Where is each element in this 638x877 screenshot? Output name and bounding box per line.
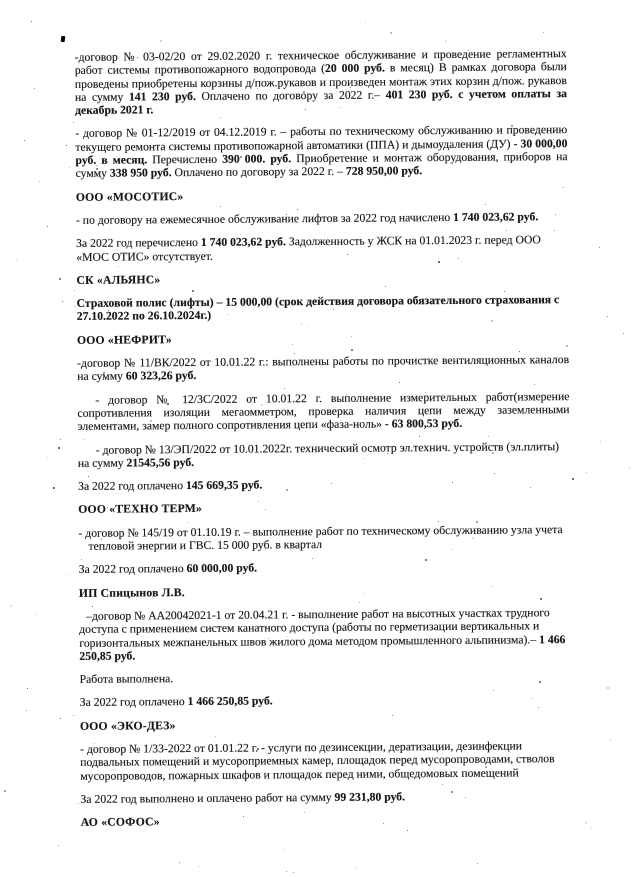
text-run: –договор № АА20042021-1 от 20.04.21 г. -…	[79, 606, 550, 649]
heading-eko-dez: ООО «ЭКО-ДЕЗ»	[80, 716, 572, 733]
para-ip-contract-aa20042021: –договор № АА20042021-1 от 20.04.21 г. -…	[79, 606, 571, 663]
text-run: 1 740 023,62 руб.	[453, 210, 538, 224]
text-run: ООО «ЭКО-ДЕЗ»	[80, 719, 176, 733]
para-contract-03-02-20: -договор № 03-02/20 от 29.02.2020 г. тех…	[75, 47, 568, 117]
text-run: Оплачено по договору за 2022 г. –	[172, 165, 346, 179]
para-eko-dez-total: За 2022 год выполнено и оплачено работ н…	[80, 789, 572, 806]
text-run: 1 466 250,85 руб.	[188, 695, 273, 709]
text-run: ООО «ТЕХНО ТЕРМ»	[78, 502, 202, 516]
text-run: 338 950 руб.	[110, 167, 172, 180]
document-sheet: -договор № 03-02/20 от 29.02.2020 г. тех…	[0, 0, 638, 877]
text-run: Страховой полис (лифты) – 15 000,00 (сро…	[77, 293, 560, 323]
heading-sofos: АО «СОФОС»	[81, 812, 573, 829]
text-run: - договор № 145/19 от 01.10.19 г. – выпо…	[78, 523, 562, 553]
text-run: За 2022 год оплачено	[80, 695, 188, 709]
text-run: 390 000. руб.	[222, 152, 291, 166]
heading-tehno-term: ООО «ТЕХНО ТЕРМ»	[78, 499, 570, 516]
text-run: Оплачено по договору за 2022 г.–	[196, 88, 386, 102]
text-run: СК «АЛЬЯНС»	[76, 273, 160, 287]
text-run: 60 000,00 руб.	[187, 562, 258, 576]
para-tehno-term-contract-145-19: - договор № 145/19 от 01.10.19 г. – выпо…	[78, 523, 570, 553]
document-body: -договор № 03-02/20 от 29.02.2020 г. тех…	[75, 47, 573, 829]
text-run: 21545,56 руб.	[126, 456, 194, 470]
para-tehno-term-total: За 2022 год оплачено 60 000,00 руб.	[79, 559, 571, 576]
text-run: За 2022 год оплачено	[79, 562, 187, 576]
scanned-page: { "page": { "background": "#ffffff", "in…	[0, 0, 638, 877]
para-nefrit-contract-11vk: -договор № 11/ВК/2022 от 10.01.22 г.: вы…	[77, 353, 569, 383]
text-run: - договор № 01-12/2019 от 04.12.2019 г. …	[75, 124, 567, 154]
text-run: 20 000 руб.	[325, 62, 385, 75]
heading-ip-spitsynov: ИП Спицынов Л.В.	[79, 583, 571, 600]
text-run: Работа выполнена.	[80, 672, 174, 686]
text-run: АО «СОФОС»	[81, 815, 160, 829]
para-nefrit-contract-12zs: - договор № 12/ЗС/2022 от 10.01.22 г. вы…	[77, 390, 569, 434]
heading-mosotis: ООО «МОСОТИС»	[76, 187, 568, 204]
text-run: 63 800,53 руб.	[392, 417, 463, 431]
para-ip-total: За 2022 год оплачено 1 466 250,85 руб.	[80, 692, 572, 709]
text-run: - договор № 12/ЗС/2022 от 10.01.22 г. вы…	[77, 390, 569, 433]
text-run: ООО «МОСОТИС»	[76, 190, 184, 204]
para-nefrit-contract-13ep: - договор № 13/ЭП/2022 от 10.01.2022г. т…	[78, 440, 570, 470]
text-run: 141 230 руб.	[129, 90, 196, 104]
text-run: Перечислено	[147, 153, 222, 167]
text-run: За 2022 год выполнено и оплачено работ н…	[80, 791, 334, 806]
para-mosotis-accrued: - по договору на ежемесячное обслуживани…	[76, 210, 568, 227]
ink-speck	[61, 36, 66, 42]
heading-alyans: СК «АЛЬЯНС»	[76, 270, 568, 287]
para-ip-work-done: Работа выполнена.	[80, 669, 572, 686]
para-eko-dez-contract-1-33: - договор № 1/33-2022 от 01.01.22 г. - у…	[80, 739, 572, 783]
text-run: За 2022 год перечислено	[76, 236, 201, 250]
text-run: - договор № 1/33-2022 от 01.01.22 г. - у…	[80, 739, 555, 782]
text-run: ООО «НЕФРИТ»	[77, 333, 172, 347]
text-run: ИП Спицынов Л.В.	[79, 586, 185, 600]
text-run: 728 950,00 руб.	[346, 165, 422, 179]
text-run: 1 740 023,62 руб.	[201, 236, 286, 250]
para-mosotis-paid: За 2022 год перечислено 1 740 023,62 руб…	[76, 233, 568, 263]
text-run: 60 323,26 руб.	[126, 369, 197, 383]
text-run: За 2022 год оплачено	[78, 479, 186, 493]
heading-nefrit: ООО «НЕФРИТ»	[77, 330, 569, 347]
text-run: 99 231,80 руб.	[334, 790, 405, 804]
para-contract-01-12-2019: - договор № 01-12/2019 от 04.12.2019 г. …	[75, 124, 567, 181]
para-alyans-policy: Страховой полис (лифты) – 15 000,00 (сро…	[77, 293, 569, 323]
text-run: 145 669,35 руб.	[186, 479, 262, 493]
para-nefrit-total: За 2022 год оплачено 145 669,35 руб.	[78, 476, 570, 493]
text-run: - по договору на ежемесячное обслуживани…	[76, 211, 453, 227]
